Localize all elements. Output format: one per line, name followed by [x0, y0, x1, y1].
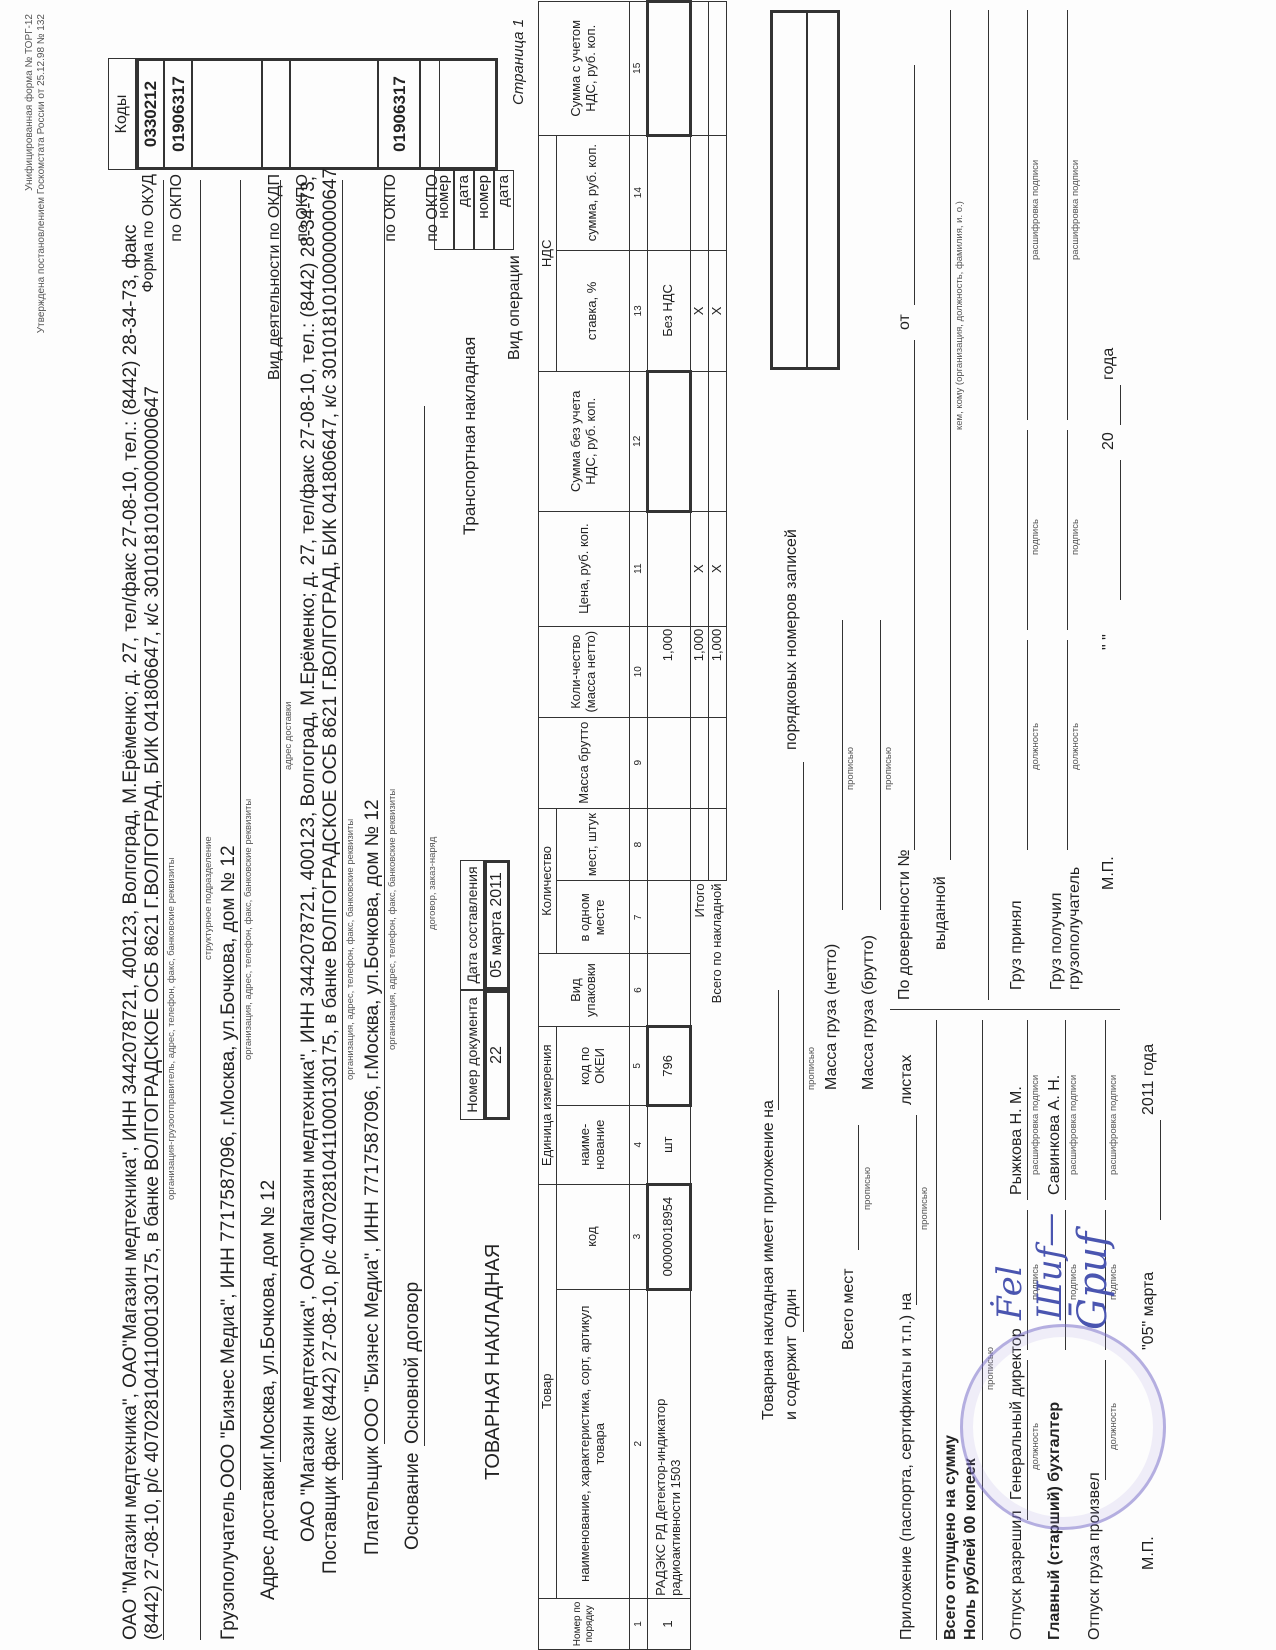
col-header: Сумма без учета НДС, руб. коп.	[539, 372, 630, 511]
gross-mass-in-words: прописью	[883, 747, 894, 790]
table-cell: 1,000	[647, 626, 690, 717]
sheets-label: листах	[898, 1055, 916, 1105]
release-permitted-label: Отпуск разрешил	[1008, 1510, 1026, 1640]
table-cell: шт	[647, 1105, 690, 1184]
doc-date: 05 марта 2011	[484, 860, 510, 990]
group-goods: Товар	[539, 1184, 557, 1598]
places-total-label: Всего мест	[840, 1268, 858, 1350]
table-cell: 00000018954	[647, 1184, 690, 1289]
caption-position-5: должность	[1070, 723, 1081, 770]
caption-decode-1: расшифровка подписи	[1030, 1075, 1041, 1175]
doc-ref-label: дата	[494, 170, 514, 250]
doc-ref-label: дата	[454, 170, 474, 250]
delivery-value: г.Москва, ул.Бочкова, дом № 12	[258, 1180, 280, 1460]
places-in-words: прописью	[862, 1167, 873, 1210]
column-number-row: 123456789101112131415	[629, 2, 647, 1650]
document-title: ТОВАРНАЯ НАКЛАДНАЯ	[482, 1244, 505, 1480]
consignee-label: Грузополучатель	[218, 1491, 240, 1640]
contains-value: Один	[783, 1289, 801, 1328]
stamp-right: М.П.	[1100, 856, 1118, 890]
table-cell	[647, 511, 690, 626]
supplier-line1: ОАО "Магазин медтехника", ОАО"Магазин ме…	[298, 176, 320, 1542]
shipper-line1: ОАО "Магазин медтехника", ОАО"Магазин ме…	[120, 224, 142, 1640]
group-vat: НДС	[539, 135, 557, 372]
col-header: сумма, руб. коп.	[556, 135, 629, 250]
table-cell	[647, 881, 690, 954]
net-mass-in-words: прописью	[845, 747, 856, 790]
form-caption: Унифицированная форма № ТОРГ-12 Утвержде…	[24, 14, 48, 333]
date-left-year: 2011 года	[1140, 1044, 1158, 1115]
released-label: Всего отпущено на сумму	[942, 1435, 960, 1640]
col-header: Коли-чество (масса нетто)	[539, 626, 630, 717]
issued-label: выданной	[932, 876, 950, 950]
total-cell	[709, 717, 727, 808]
supplier-row: Поставщик факс (8442) 27-08-10, р/с 4070…	[320, 180, 342, 1640]
table-cell: РАДЭКС РД Детектор-индикатор радиоактивн…	[647, 1289, 690, 1598]
code-value	[290, 58, 378, 170]
table-cell	[647, 954, 690, 1027]
form-caption-line1: Унифицированная форма № ТОРГ-12	[24, 14, 36, 333]
payer-value: ООО "Бизнес Медиа", ИНН 7717587096, г.Мо…	[362, 799, 384, 1442]
header-group-row: Номер по порядкуТоварЕдиница измеренияВи…	[539, 2, 557, 1650]
column-number: 14	[629, 135, 647, 250]
appendix-line: Товарная накладная имеет приложение на	[760, 1100, 778, 1420]
col-header: в одном месте	[556, 881, 629, 954]
code-value: 01906317	[164, 58, 192, 170]
transport-waybill-label: Транспортная накладная	[460, 337, 480, 535]
table-cell: 1	[647, 1598, 690, 1649]
basis-value: Основной договор	[402, 1282, 424, 1444]
column-number: 11	[629, 511, 647, 626]
total-sum-box	[770, 10, 840, 370]
total-label: Итого	[690, 881, 708, 1650]
total-cell	[690, 372, 708, 511]
caption-decode-5: расшифровка подписи	[1070, 160, 1081, 260]
table-cell	[647, 808, 690, 881]
supplier-label: Поставщик	[320, 1477, 341, 1640]
attachment-label: Приложение (паспорта, сертификаты и т.п.…	[898, 1293, 916, 1640]
date-left: "05" марта	[1140, 1272, 1158, 1350]
cargo-received-label: Груз получил грузополучатель	[1048, 860, 1084, 990]
date-right-year-prefix: 20	[1100, 432, 1118, 450]
total-cell: X	[709, 511, 727, 626]
date-right-year-suffix: года	[1100, 348, 1118, 380]
shipper-line2: (8442) 27-08-10, р/с 4070281041100013017…	[142, 386, 164, 1640]
total-label: Всего по накладной	[709, 881, 727, 1650]
column-number: 4	[629, 1105, 647, 1184]
caption-decode-3: расшифровка подписи	[1108, 1075, 1119, 1175]
column-number: 5	[629, 1026, 647, 1105]
shipper-caption: организация-грузоотправитель, адрес, тел…	[166, 857, 177, 1200]
total-cell	[690, 135, 708, 250]
caption-decode-2: расшифровка подписи	[1068, 1075, 1079, 1175]
total-cell	[690, 808, 708, 881]
col-header: Вид упаковки	[539, 954, 630, 1027]
column-number: 15	[629, 2, 647, 136]
code-value: 01906317	[378, 58, 420, 170]
table-row: 1РАДЭКС РД Детектор-индикатор радиоактив…	[647, 2, 690, 1650]
table-cell: 796	[647, 1026, 690, 1105]
total-cell	[690, 2, 708, 136]
delivery-caption: адрес доставки	[283, 702, 294, 770]
table-cell	[647, 372, 690, 511]
header-row: наименование, характеристика, сорт, арти…	[556, 2, 629, 1650]
doc-number: 22	[484, 990, 510, 1120]
col-header: ставка, %	[556, 250, 629, 371]
col-header: Масса брутто	[539, 717, 630, 808]
director-signature: Ḟеl	[990, 1265, 1030, 1320]
accountant-signature: Шuf—	[1030, 1213, 1070, 1320]
code-value	[420, 58, 440, 170]
total-row: Итого1,000XX	[690, 2, 708, 1650]
grand-total-row: Всего по накладной1,000XX	[709, 2, 727, 1650]
total-cell	[709, 2, 727, 136]
accountant-name: Савинкова А. Н.	[1046, 1075, 1064, 1195]
net-mass-label: Масса груза (нетто)	[823, 944, 841, 1090]
table-cell	[647, 2, 690, 136]
doc-date-header: Дата составления	[460, 860, 484, 990]
col-header: код	[556, 1184, 629, 1289]
payer-label: Плательщик	[362, 1446, 384, 1555]
consignee-value: ООО "Бизнес Медиа", ИНН 7717587096, г.Мо…	[218, 845, 240, 1488]
goods-table: Номер по порядкуТоварЕдиница измеренияВи…	[538, 0, 727, 1650]
code-label: Форма по ОКУД	[140, 174, 158, 293]
column-number: 7	[629, 881, 647, 954]
column-number: 6	[629, 954, 647, 1027]
doc-number-header: Номер документа	[460, 990, 484, 1120]
caption-signature-4: подпись	[1030, 519, 1041, 555]
column-number: 1	[629, 1598, 647, 1649]
code-label: Вид деятельности по ОКДП	[266, 174, 284, 380]
group-unit: Единица измерения	[539, 1026, 557, 1184]
payer-caption: организация, адрес, телефон, факс, банко…	[387, 789, 398, 1050]
code-value	[262, 58, 290, 170]
total-cell: X	[690, 511, 708, 626]
records-suffix: порядковых номеров записей	[783, 529, 801, 750]
group-quantity: Количество	[539, 808, 557, 954]
cargo-accepted-label: Груз принял	[1008, 900, 1026, 990]
attachment-in-words: прописью	[919, 1187, 930, 1230]
column-number: 2	[629, 1289, 647, 1598]
column-number: 10	[629, 626, 647, 717]
col-header: наиме-нование	[556, 1105, 629, 1184]
delivery-label: Адрес доставки	[258, 1461, 280, 1600]
codes-title: Коды	[108, 58, 136, 170]
proxy-label: По доверенности №	[896, 849, 914, 1000]
code-label: по ОКПО	[168, 174, 186, 242]
column-number: 13	[629, 250, 647, 371]
total-cell	[709, 135, 727, 250]
form-caption-line2: Утверждена постановлением Госкомстата Ро…	[36, 14, 48, 333]
from-label: от	[896, 314, 914, 330]
operation-type-label: Вид операции	[506, 255, 524, 360]
total-cell: 1,000	[709, 626, 727, 717]
column-number: 3	[629, 1184, 647, 1289]
table-cell: Без НДС	[647, 250, 690, 371]
supplier-line2: факс (8442) 27-08-10, р/с 40702810411000…	[320, 168, 341, 1471]
date-right: " "	[1100, 634, 1118, 650]
gross-mass-label: Масса груза (брутто)	[860, 935, 878, 1090]
col-header: Номер по порядку	[539, 1598, 630, 1649]
col-header: Сумма с учетом НДС, руб. коп.	[539, 2, 630, 136]
total-cell: 1,000	[690, 626, 708, 717]
contains-label: и содержит	[783, 1336, 801, 1420]
total-cell	[709, 372, 727, 511]
director-name: Рыжкова Н. М.	[1008, 1086, 1026, 1195]
total-cell	[709, 808, 727, 881]
col-header: Цена, руб. коп.	[539, 511, 630, 626]
column-number: 8	[629, 808, 647, 881]
column-number: 12	[629, 372, 647, 511]
col-header: наименование, характеристика, сорт, арти…	[556, 1289, 629, 1598]
total-cell: X	[690, 250, 708, 371]
total-cell: X	[709, 250, 727, 371]
stamp-left: М.П.	[1140, 1536, 1158, 1570]
doc-ref-label: номер	[474, 170, 494, 250]
doc-ref-label: номер	[434, 170, 454, 250]
basis-caption: договор, заказ-наряд	[427, 837, 438, 930]
total-cell	[690, 717, 708, 808]
basis-label: Основание	[402, 1453, 424, 1550]
consignee-caption: организация, адрес, телефон, факс, банко…	[243, 799, 254, 1060]
table-cell	[647, 717, 690, 808]
subdivision-caption: структурное подразделение	[203, 836, 214, 960]
column-number: 9	[629, 717, 647, 808]
caption-position-4: должность	[1030, 723, 1041, 770]
supplier-caption: организация, адрес, телефон, факс, банко…	[345, 819, 356, 1080]
code-value: 0330212	[136, 58, 164, 170]
torg12-waybill: Унифицированная форма № ТОРГ-12 Утвержде…	[0, 0, 1276, 1650]
contains-in-words: прописью	[806, 1047, 817, 1090]
issued-caption: кем, кому (организация, должность, фамил…	[954, 201, 965, 430]
company-stamp	[960, 1324, 1166, 1530]
col-header: код по ОКЕИ	[556, 1026, 629, 1105]
release-signature: Ḡpuf	[1070, 1232, 1116, 1330]
code-value	[192, 58, 262, 170]
caption-decode-4: расшифровка подписи	[1030, 160, 1041, 260]
col-header: мест, штук	[556, 808, 629, 881]
caption-signature-5: подпись	[1070, 519, 1081, 555]
page-label: Страница 1	[510, 19, 527, 105]
table-cell	[647, 135, 690, 250]
